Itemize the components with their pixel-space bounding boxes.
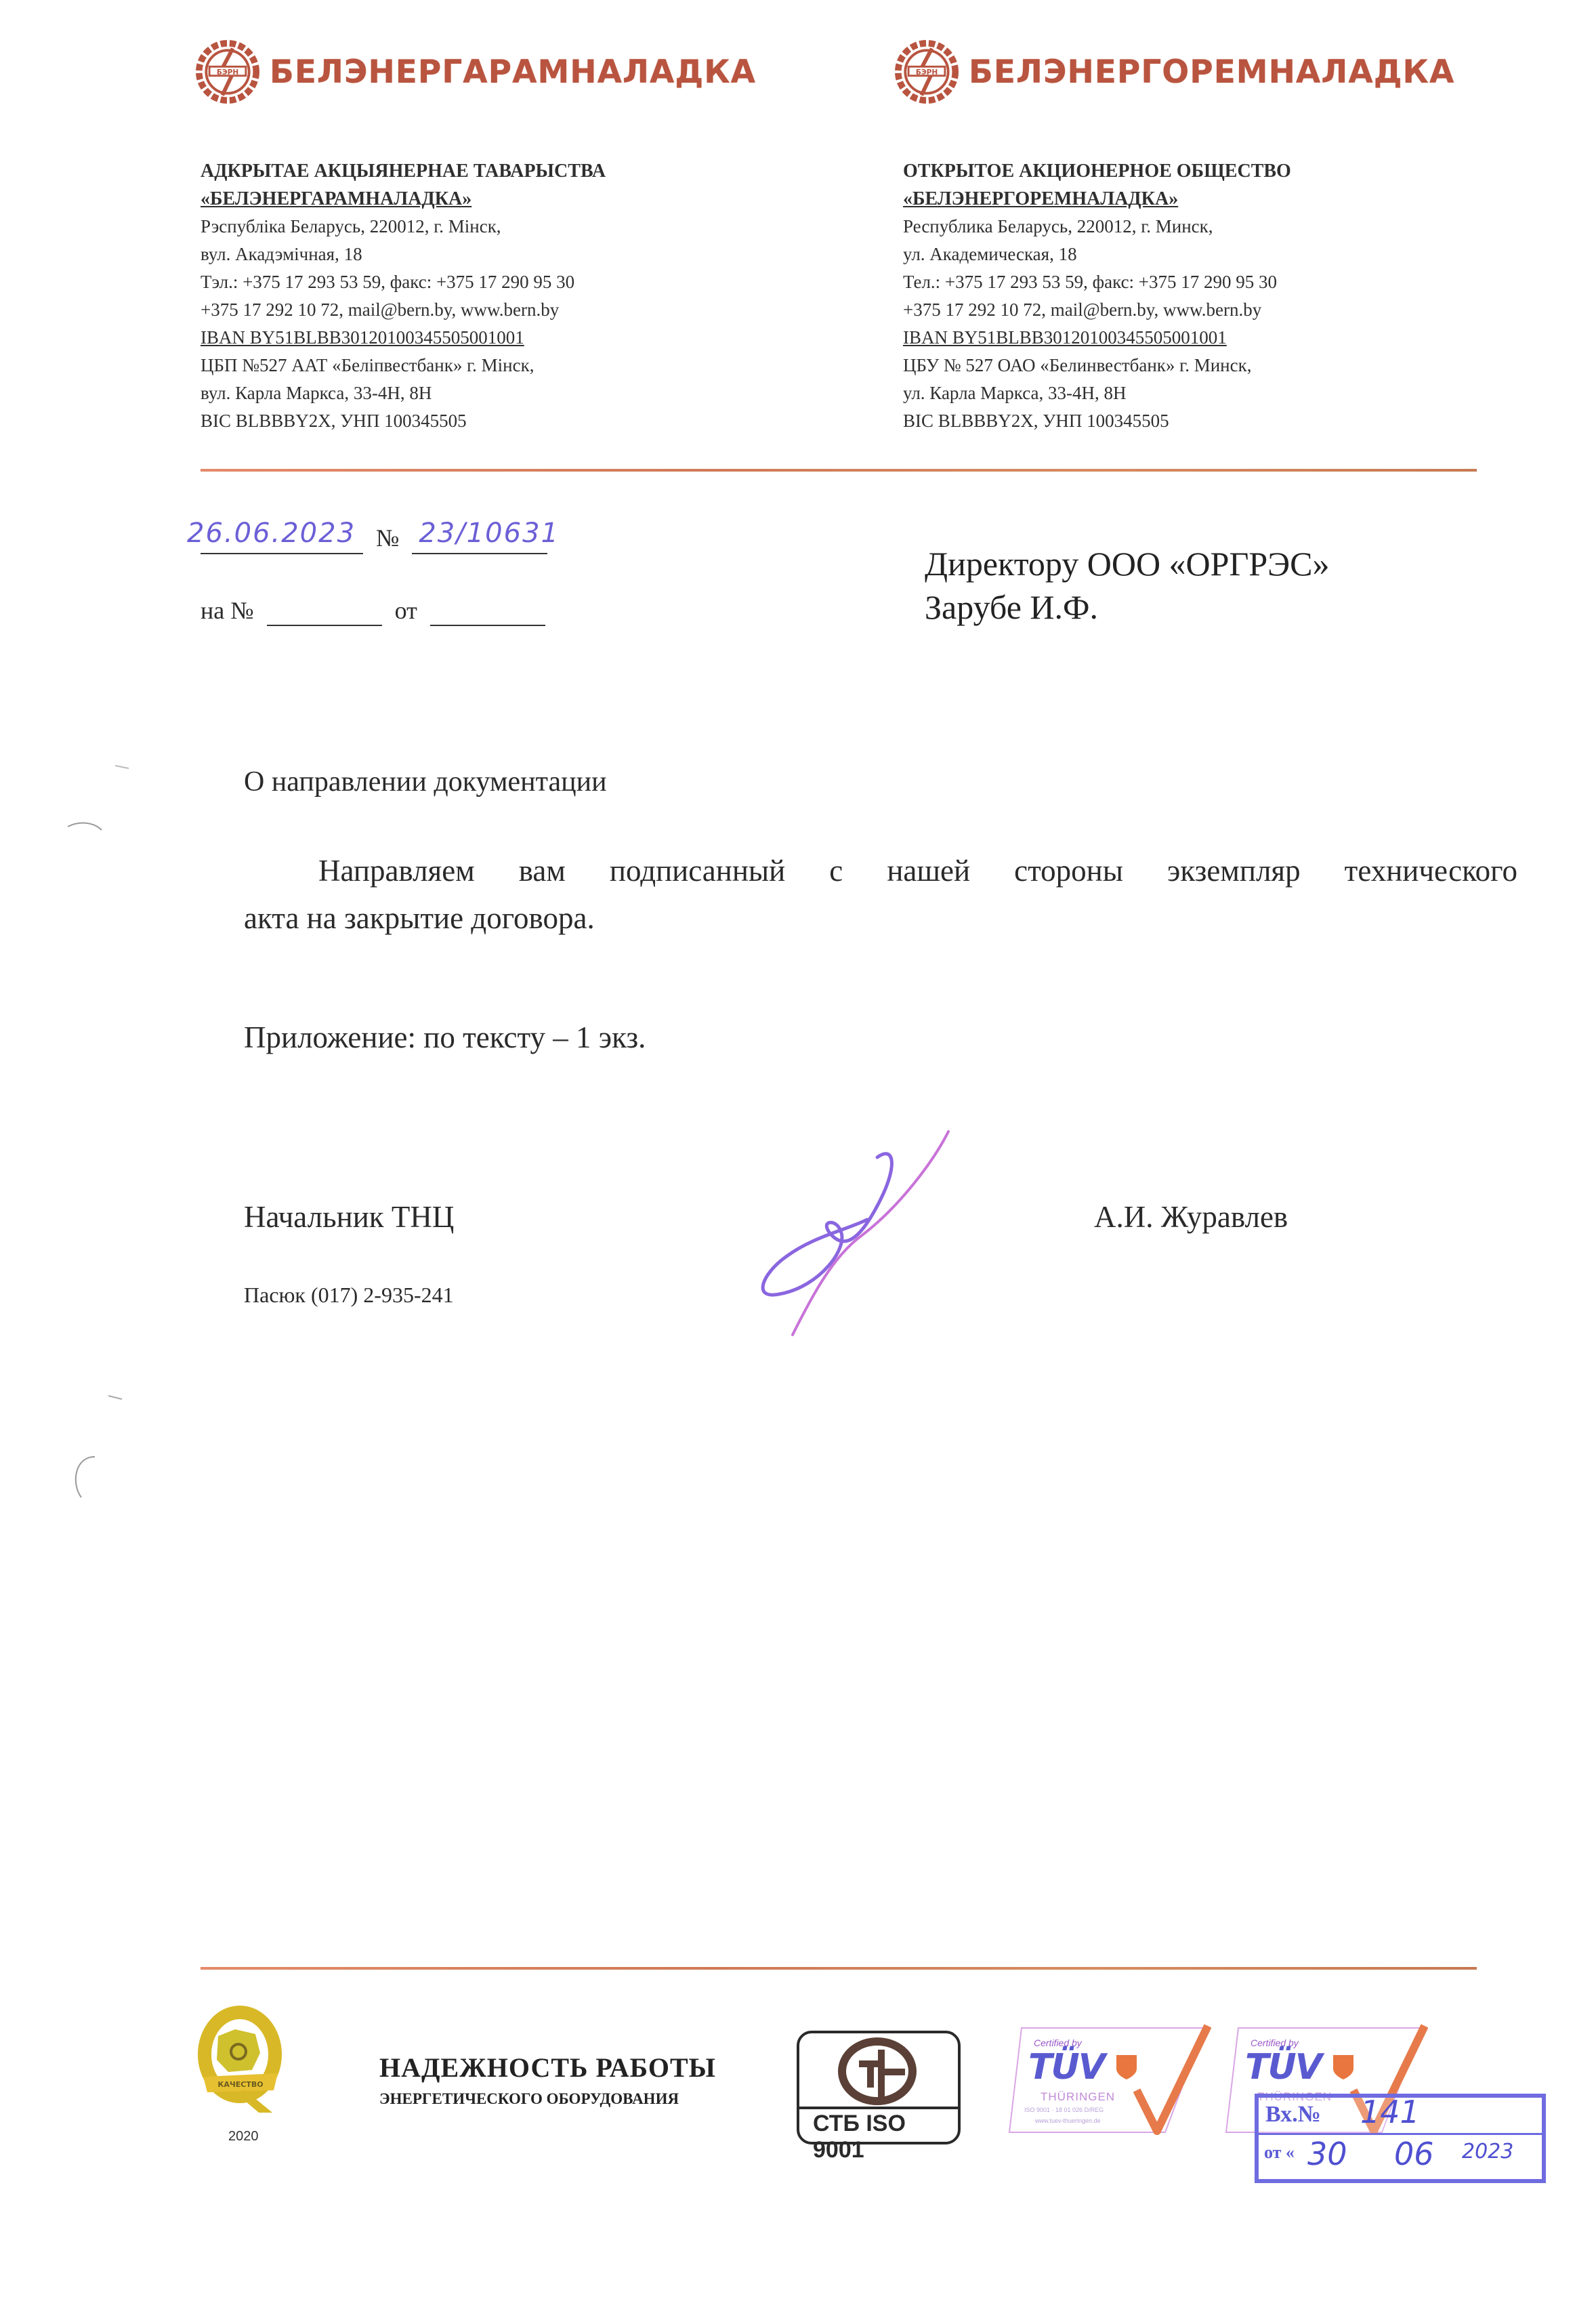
right-contact-line: +375 17 292 10 72, mail@bern.by, www.ber… [903,296,1291,324]
handwritten-signature-icon [738,1118,955,1342]
thuringia-shield-icon [1115,2054,1138,2081]
left-bank-line2: вул. Карла Маркса, 33-4Н, 8Н [201,379,606,407]
left-iban: IBAN BY51BLBB30120100345505001001 [201,324,606,352]
right-brand-name: БЕЛЭНЕРГОРЕМНАЛАДКА [969,54,1454,91]
left-address-line2: вул. Акадэмічная, 18 [201,241,606,268]
stb-label: СТБ ISO 9001 [813,2111,958,2163]
thuringia-shield-icon [1332,2054,1355,2081]
left-requisites: АДКРЫТАЕ АКЦЫЯНЕРНАЕ ТАВАРЫСТВА «БЕЛЭНЕР… [201,157,606,435]
left-address-line1: Рэспубліка Беларусь, 220012, г. Мінск, [201,213,606,241]
tuv-small-line1: ISO 9001 · 18 01 026 D/REG [1024,2107,1104,2113]
right-logo: БЭРН БЕЛЭНЕРГОРЕМНАЛАДКА [894,39,1454,104]
tuv-brand: TÜV [1245,2047,1321,2088]
svg-text:КАЧЕСТВО: КАЧЕСТВО [217,2080,263,2089]
slogan-main: НАДЕЖНОСТЬ РАБОТЫ [379,2052,716,2083]
reply-from-label: от [395,597,417,624]
tuv-region: THÜRINGEN [1041,2090,1115,2104]
stamp-in-label: Вх.№ [1265,2102,1321,2128]
right-requisites: ОТКРЫТОЕ АКЦИОНЕРНОЕ ОБЩЕСТВО «БЕЛЭНЕРГО… [903,157,1291,435]
reply-registration: на № от [201,596,545,626]
stb-certification-icon [833,2037,921,2105]
lightning-gear-logo-icon: БЭРН [195,39,260,104]
right-bank-line1: ЦБУ № 527 ОАО «Белинвестбанк» г. Минск, [903,352,1291,379]
stb-certification-badge: СТБ ISO 9001 [797,2031,961,2144]
left-bank-line1: ЦБП №527 ААТ «Беліпвестбанк» г. Мінск, [201,352,606,379]
left-org-type: АДКРЫТАЕ АКЦЫЯНЕРНАЕ ТАВАРЫСТВА [201,157,606,185]
scan-artifact-marks [54,745,135,1525]
addressee-line1: Директору ООО «ОРГРЭС» [925,542,1330,585]
outgoing-number: 23/10631 [419,518,560,549]
tuv-badge-1: Certified by TÜV THÜRINGEN ISO 9001 · 18… [1008,2023,1211,2138]
header-divider [201,469,1477,472]
outgoing-registration: 26.06.2023 № 23/10631 [201,522,553,554]
left-logo: БЭРН БЕЛЭНЕРГАРАМНАЛАДКА [195,39,756,104]
left-phone-line: Тэл.: +375 17 293 53 59, факс: +375 17 2… [201,268,606,296]
paragraph-line1: Направляем вам подписанный с нашей сторо… [244,847,1517,894]
award-year: 2020 [228,2129,259,2144]
stamp-from-label: от « [1264,2142,1295,2163]
right-phone-line: Тел.: +375 17 293 53 59, факс: +375 17 2… [903,268,1291,296]
signer-position: Начальник ТНЦ [244,1199,454,1235]
right-bic-line: BIC BLBBBY2X, УНП 100345505 [903,407,1291,435]
stamp-in-number: 141 [1360,2094,1420,2130]
right-address-line2: ул. Академическая, 18 [903,241,1291,268]
right-bank-line2: ул. Карла Маркса, 33-4Н, 8Н [903,379,1291,407]
incoming-stamp: Вх.№ 141 от « 30 06 2023 [1255,2094,1546,2183]
outgoing-date: 26.06.2023 [187,518,356,549]
signer-name: А.И. Журавлев [1094,1199,1288,1235]
attachment-note: Приложение: по тексту – 1 экз. [244,1020,646,1055]
reply-date-field [430,596,545,626]
number-label: № [376,524,399,552]
lightning-gear-logo-icon: БЭРН [894,39,959,104]
left-contact-line: +375 17 292 10 72, mail@bern.by, www.ber… [201,296,606,324]
left-brand-name: БЕЛЭНЕРГАРАМНАЛАДКА [270,54,756,91]
right-iban: IBAN BY51BLBB30120100345505001001 [903,324,1291,352]
executor-contact: Пасюк (017) 2-935-241 [244,1283,454,1308]
letter-subject: О направлении документации [244,766,607,798]
quality-award-badge-icon: КАЧЕСТВО [198,2006,286,2114]
svg-text:БЭРН: БЭРН [217,68,238,77]
svg-text:БЭРН: БЭРН [916,68,938,77]
addressee-line2: Зарубе И.Ф. [925,585,1330,629]
left-bic-line: BIC BLBBBY2X, УНП 100345505 [201,407,606,435]
tuv-small-line2: www.tuev-thueringen.de [1035,2117,1101,2124]
left-org-name: «БЕЛЭНЕРГАРАМНАЛАДКА» [201,185,606,213]
right-org-type: ОТКРЫТОЕ АКЦИОНЕРНОЕ ОБЩЕСТВО [903,157,1291,185]
stamp-month: 06 [1394,2136,1434,2172]
stamp-day: 30 [1307,2136,1347,2172]
reply-number-field [267,596,382,626]
right-address-line1: Республика Беларусь, 220012, г. Минск, [903,213,1291,241]
footer-divider [201,1967,1477,1970]
tuv-brand: TÜV [1028,2047,1104,2088]
reply-to-label: на № [201,597,254,624]
slogan-sub: ЭНЕРГЕТИЧЕСКОГО ОБОРУДОВАНИЯ [379,2090,679,2108]
addressee: Директору ООО «ОРГРЭС» Зарубе И.Ф. [925,542,1330,629]
paragraph-line2: акта на закрытие договора. [244,894,1517,942]
letter-paragraph: Направляем вам подписанный с нашей сторо… [244,847,1517,942]
right-org-name: «БЕЛЭНЕРГОРЕМНАЛАДКА» [903,185,1291,213]
stamp-year: 2023 [1462,2140,1513,2163]
